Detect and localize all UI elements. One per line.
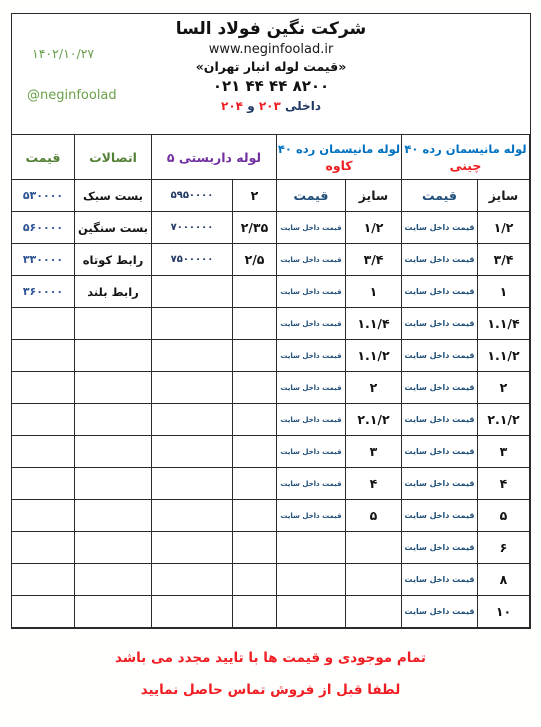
fitting-price-cell xyxy=(12,372,75,404)
subtitle: «قیمت لوله انبار تهران» xyxy=(12,59,530,74)
chini-price-cell: قیمت داخل سایت xyxy=(402,596,478,628)
fitting-price-cell xyxy=(12,500,75,532)
scaffold-price-cell xyxy=(152,436,233,468)
chini-size-cell: ۳ xyxy=(478,436,530,468)
footer-notice: تمام موجودی و قیمت ها با تایید مجدد می ب… xyxy=(0,642,541,707)
scaffold-price-cell xyxy=(152,564,233,596)
scaffold-size-cell xyxy=(233,596,277,628)
chini-size-cell: ۱۰ xyxy=(478,596,530,628)
fitting-name-cell xyxy=(75,596,152,628)
scaffold-price-cell xyxy=(152,532,233,564)
chini-price-cell: قیمت داخل سایت xyxy=(402,340,478,372)
kaveh-price-cell: قیمت داخل سایت xyxy=(277,468,346,500)
group-kaveh-brand: کاوه xyxy=(277,158,401,173)
company-name: شرکت نگین فولاد السا xyxy=(12,14,530,39)
table-row: ۱/۲قیمت داخل سایت۱/۲قیمت داخل سایت۲/۳۵۷۰… xyxy=(12,212,530,244)
kaveh-price-cell: قیمت داخل سایت xyxy=(277,308,346,340)
chini-size-cell: ۱.۱/۴ xyxy=(478,308,530,340)
fitting-price-cell: ۳۶۰۰۰۰ xyxy=(12,276,75,308)
table-row: ۳قیمت داخل سایت۳قیمت داخل سایت xyxy=(12,436,530,468)
chini-size-cell: ۸ xyxy=(478,564,530,596)
kaveh-price-cell: قیمت داخل سایت xyxy=(277,500,346,532)
kaveh-price-cell xyxy=(277,532,346,564)
kaveh-size-cell: ۳ xyxy=(346,436,402,468)
chini-size-cell: ۴ xyxy=(478,468,530,500)
chini-size-header: سایز xyxy=(478,180,530,212)
fitting-price-cell xyxy=(12,468,75,500)
group-header-scaffold: لوله داربستی ۵ xyxy=(152,135,277,180)
fitting-price-cell xyxy=(12,596,75,628)
scaffold-size-cell xyxy=(233,500,277,532)
group-chini-title: لوله مانیسمان رده ۴۰ xyxy=(402,141,529,158)
scaffold-price-cell xyxy=(152,468,233,500)
chini-price-cell: قیمت داخل سایت xyxy=(402,436,478,468)
fitting-price-cell xyxy=(12,532,75,564)
kaveh-price-cell: قیمت داخل سایت xyxy=(277,372,346,404)
internal-ext2: ۲۰۴ xyxy=(221,99,243,113)
table-row: ۴قیمت داخل سایت۴قیمت داخل سایت xyxy=(12,468,530,500)
fitting-name-cell xyxy=(75,308,152,340)
fitting-price-cell: ۵۶۰۰۰۰ xyxy=(12,212,75,244)
table-row: ۵قیمت داخل سایت۵قیمت داخل سایت xyxy=(12,500,530,532)
fitting-name-cell xyxy=(75,372,152,404)
kaveh-price-cell: قیمت داخل سایت xyxy=(277,276,346,308)
price-table: لوله مانیسمان رده ۴۰ چینی لوله مانیسمان … xyxy=(11,134,530,628)
table-row: ۱قیمت داخل سایت۱قیمت داخل سایترابط بلند۳… xyxy=(12,276,530,308)
scaffold-price-cell xyxy=(152,276,233,308)
doc-header: شرکت نگین فولاد السا www.neginfoolad.ir … xyxy=(12,14,530,134)
chini-size-cell: ۱/۲ xyxy=(478,212,530,244)
kaveh-price-cell: قیمت داخل سایت xyxy=(277,244,346,276)
fitting-name-cell xyxy=(75,532,152,564)
table-body: سایزقیمتسایزقیمت۲۵۹۵۰۰۰۰بست سبک۵۳۰۰۰۰۱/۲… xyxy=(12,180,530,628)
chini-price-cell: قیمت داخل سایت xyxy=(402,212,478,244)
kaveh-price-cell xyxy=(277,564,346,596)
chini-size-cell: ۵ xyxy=(478,500,530,532)
fitting-name-cell xyxy=(75,436,152,468)
scaffold-size-cell xyxy=(233,404,277,436)
fitting-name-cell xyxy=(75,564,152,596)
fitting-price-cell: ۳۳۰۰۰۰ xyxy=(12,244,75,276)
kaveh-price-cell: قیمت داخل سایت xyxy=(277,340,346,372)
fitting-price-cell xyxy=(12,340,75,372)
kaveh-price-cell: قیمت داخل سایت xyxy=(277,436,346,468)
table-row: ۱.۱/۴قیمت داخل سایت۱.۱/۴قیمت داخل سایت xyxy=(12,308,530,340)
group-chini-brand: چینی xyxy=(402,158,529,173)
kaveh-size-cell: ۴ xyxy=(346,468,402,500)
scaffold-price-cell xyxy=(152,372,233,404)
internal-label: داخلی xyxy=(285,99,321,113)
footer-line1: تمام موجودی و قیمت ها با تایید مجدد می ب… xyxy=(0,642,541,674)
scaffold-size-cell xyxy=(233,276,277,308)
fitting-price-cell: ۵۳۰۰۰۰ xyxy=(12,180,75,212)
scaffold-size-cell xyxy=(233,340,277,372)
date-text: ۱۴۰۲/۱۰/۲۷ xyxy=(32,46,94,61)
table-row: ۲قیمت داخل سایت۲قیمت داخل سایت xyxy=(12,372,530,404)
kaveh-size-cell: ۱.۱/۲ xyxy=(346,340,402,372)
fitting-price-cell xyxy=(12,564,75,596)
chini-price-cell: قیمت داخل سایت xyxy=(402,532,478,564)
group-header-chini: لوله مانیسمان رده ۴۰ چینی xyxy=(402,135,530,180)
chini-size-cell: ۳/۴ xyxy=(478,244,530,276)
kaveh-size-cell xyxy=(346,564,402,596)
chini-size-cell: ۶ xyxy=(478,532,530,564)
table-row: ۸قیمت داخل سایت xyxy=(12,564,530,596)
internal-ext1: ۲۰۳ xyxy=(259,99,281,113)
kaveh-size-cell xyxy=(346,532,402,564)
scaffold-price-cell xyxy=(152,340,233,372)
group-header-fittings: اتصالات xyxy=(75,135,152,180)
table-row: ۳/۴قیمت داخل سایت۳/۴قیمت داخل سایت۲/۵۷۵۰… xyxy=(12,244,530,276)
scaffold-price-cell xyxy=(152,404,233,436)
chini-price-cell: قیمت داخل سایت xyxy=(402,404,478,436)
kaveh-size-cell: ۵ xyxy=(346,500,402,532)
table-row: ۱۰قیمت داخل سایت xyxy=(12,596,530,628)
scaffold-size-cell: ۲ xyxy=(233,180,277,212)
table-row: ۲.۱/۲قیمت داخل سایت۲.۱/۲قیمت داخل سایت xyxy=(12,404,530,436)
group-header-price: قیمت xyxy=(12,135,75,180)
chini-price-cell: قیمت داخل سایت xyxy=(402,372,478,404)
table-row: ۶قیمت داخل سایت xyxy=(12,532,530,564)
scaffold-size-cell xyxy=(233,468,277,500)
scaffold-size-cell xyxy=(233,564,277,596)
fitting-price-cell xyxy=(12,436,75,468)
chini-price-cell: قیمت داخل سایت xyxy=(402,276,478,308)
table-row: ۱.۱/۲قیمت داخل سایت۱.۱/۲قیمت داخل سایت xyxy=(12,340,530,372)
chini-price-cell: قیمت داخل سایت xyxy=(402,244,478,276)
kaveh-size-header: سایز xyxy=(346,180,402,212)
page: شرکت نگین فولاد السا www.neginfoolad.ir … xyxy=(0,0,541,727)
kaveh-price-cell: قیمت داخل سایت xyxy=(277,212,346,244)
scaffold-price-cell: ۷۰۰۰۰۰۰ xyxy=(152,212,233,244)
kaveh-size-cell: ۱/۲ xyxy=(346,212,402,244)
kaveh-price-cell xyxy=(277,596,346,628)
scaffold-size-cell xyxy=(233,532,277,564)
chini-price-cell: قیمت داخل سایت xyxy=(402,308,478,340)
fitting-name-cell: رابط بلند xyxy=(75,276,152,308)
chini-size-cell: ۱ xyxy=(478,276,530,308)
scaffold-size-cell xyxy=(233,372,277,404)
scaffold-price-cell: ۷۵۰۰۰۰۰ xyxy=(152,244,233,276)
kaveh-size-cell xyxy=(346,596,402,628)
fitting-name-cell xyxy=(75,340,152,372)
chini-size-cell: ۲.۱/۲ xyxy=(478,404,530,436)
chini-price-cell: قیمت داخل سایت xyxy=(402,500,478,532)
kaveh-price-cell: قیمت داخل سایت xyxy=(277,404,346,436)
scaffold-price-cell xyxy=(152,596,233,628)
chini-price-cell: قیمت داخل سایت xyxy=(402,564,478,596)
scaffold-price-cell xyxy=(152,500,233,532)
group-kaveh-title: لوله مانیسمان رده ۴۰ xyxy=(277,141,401,158)
fitting-name-cell: رابط کوتاه xyxy=(75,244,152,276)
table-row: سایزقیمتسایزقیمت۲۵۹۵۰۰۰۰بست سبک۵۳۰۰۰۰ xyxy=(12,180,530,212)
fitting-price-cell xyxy=(12,308,75,340)
chini-price-cell: قیمت داخل سایت xyxy=(402,468,478,500)
scaffold-size-cell xyxy=(233,436,277,468)
scaffold-size-cell: ۲/۵ xyxy=(233,244,277,276)
footer-line2: لطفا قبل از فروش تماس حاصل نمایید xyxy=(0,674,541,706)
internal-conjunction: و xyxy=(247,99,254,113)
price-sheet: شرکت نگین فولاد السا www.neginfoolad.ir … xyxy=(11,13,531,629)
kaveh-size-cell: ۱ xyxy=(346,276,402,308)
chini-size-cell: ۲ xyxy=(478,372,530,404)
fitting-name-cell: بست سبک xyxy=(75,180,152,212)
kaveh-size-cell: ۳/۴ xyxy=(346,244,402,276)
scaffold-size-cell: ۲/۳۵ xyxy=(233,212,277,244)
fitting-name-cell xyxy=(75,404,152,436)
scaffold-size-cell xyxy=(233,308,277,340)
fitting-price-cell xyxy=(12,404,75,436)
fitting-name-cell: بست سنگین xyxy=(75,212,152,244)
chini-price-header: قیمت xyxy=(402,180,478,212)
fitting-name-cell xyxy=(75,468,152,500)
scaffold-price-cell: ۵۹۵۰۰۰۰ xyxy=(152,180,233,212)
telegram-handle: @neginfoolad xyxy=(27,88,117,103)
fitting-name-cell xyxy=(75,500,152,532)
kaveh-price-header: قیمت xyxy=(277,180,346,212)
scaffold-price-cell xyxy=(152,308,233,340)
kaveh-size-cell: ۲ xyxy=(346,372,402,404)
kaveh-size-cell: ۱.۱/۴ xyxy=(346,308,402,340)
group-header-row: لوله مانیسمان رده ۴۰ چینی لوله مانیسمان … xyxy=(12,135,530,180)
kaveh-size-cell: ۲.۱/۲ xyxy=(346,404,402,436)
chini-size-cell: ۱.۱/۲ xyxy=(478,340,530,372)
group-header-kaveh: لوله مانیسمان رده ۴۰ کاوه xyxy=(277,135,402,180)
